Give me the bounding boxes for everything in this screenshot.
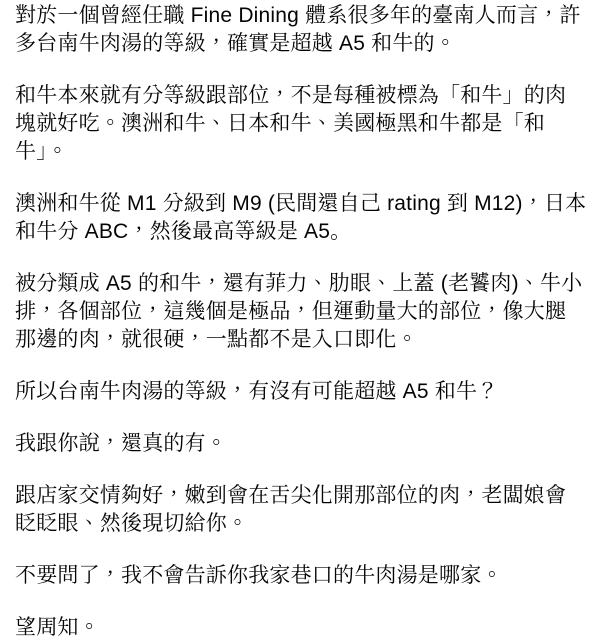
post-page: 對於一個曾經任職 Fine Dining 體系很多年的臺南人而言，許多台南牛肉湯… (0, 0, 601, 640)
post-paragraph: 和牛本來就有分等級跟部位，不是每種被標為「和牛」的肉塊就好吃。澳洲和牛、日本和牛… (15, 82, 587, 166)
post-paragraph: 跟店家交情夠好，嫩到會在舌尖化開那部位的肉，老闆娘會眨眨眼、然後現切給你。 (15, 482, 587, 538)
post-paragraph: 對於一個曾經任職 Fine Dining 體系很多年的臺南人而言，許多台南牛肉湯… (15, 2, 587, 58)
post-paragraph: 所以台南牛肉湯的等級，有沒有可能超越 A5 和牛？ (15, 378, 587, 406)
post-paragraph: 澳洲和牛從 M1 分級到 M9 (民間還自己 rating 到 M12)，日本和… (15, 190, 587, 246)
post-paragraph: 不要問了，我不會告訴你我家巷口的牛肉湯是哪家。 (15, 562, 587, 590)
post-paragraph: 我跟你說，還真的有。 (15, 430, 587, 458)
post-paragraph: 被分類成 A5 的和牛，還有菲力、肋眼、上蓋 (老饕肉)、牛小排，各個部位，這幾… (15, 270, 587, 354)
post-paragraph: 望周知。 (15, 614, 587, 640)
post-text-body: 對於一個曾經任職 Fine Dining 體系很多年的臺南人而言，許多台南牛肉湯… (0, 0, 601, 640)
